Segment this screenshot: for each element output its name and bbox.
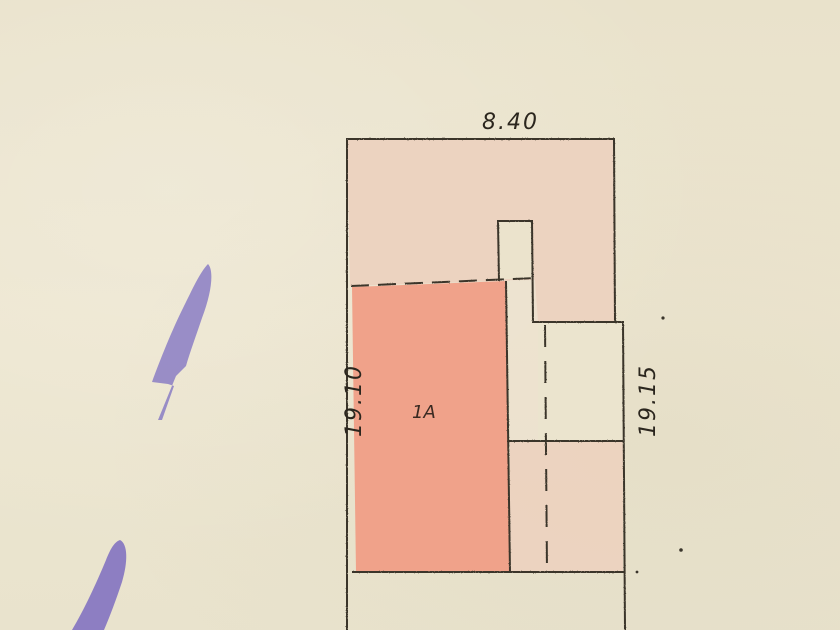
light-wash-right-strip	[510, 441, 623, 572]
pencil-arrow-mark-upper	[152, 264, 211, 420]
unwashed-block	[538, 323, 622, 440]
ink-speck	[679, 548, 683, 552]
pencil-arrow-mark-lower	[72, 540, 126, 630]
dimension-top-width: 8.40	[482, 110, 539, 135]
ink-speck	[661, 316, 664, 319]
ink-speck	[636, 571, 639, 574]
notch-interior	[499, 221, 533, 279]
dimension-left-depth: 19.10	[342, 364, 367, 437]
plot-plan-drawing	[0, 0, 840, 630]
parcel-1a-fill	[352, 281, 510, 572]
dimension-right-depth: 19.15	[636, 364, 661, 437]
parcel-label-1a: 1A	[412, 402, 436, 423]
